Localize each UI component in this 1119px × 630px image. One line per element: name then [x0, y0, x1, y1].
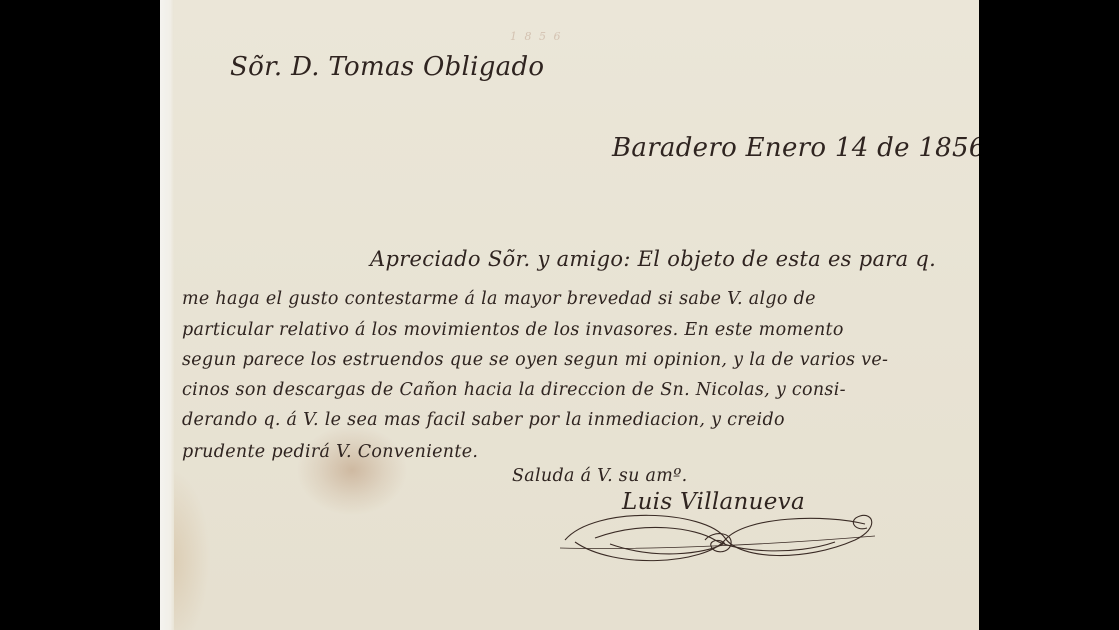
salutation: Sõr. D. Tomas Obligado — [230, 52, 544, 82]
body-line: particular relativo á los movimientos de… — [182, 320, 844, 340]
body-line: derando q. á V. le sea mas facil saber p… — [182, 410, 785, 430]
page-edge — [160, 0, 174, 630]
body-line: cinos son descargas de Cañon hacia la di… — [182, 380, 846, 400]
body-line: prudente pedirá V. Conveniente. — [182, 442, 478, 462]
signature-flourish-icon — [555, 500, 885, 570]
dateline: Baradero Enero 14 de 1856. — [612, 133, 979, 163]
letter-page: 1 8 5 6 Sõr. D. Tomas Obligado Baradero … — [160, 0, 979, 630]
body-line: me haga el gusto contestarme á la mayor … — [182, 289, 816, 309]
body-line: segun parece los estruendos que se oyen … — [182, 350, 888, 370]
document-viewer: 1 8 5 6 Sõr. D. Tomas Obligado Baradero … — [0, 0, 1119, 630]
pencil-note: 1 8 5 6 — [510, 30, 562, 43]
body-line: Apreciado Sõr. y amigo: El objeto de est… — [370, 247, 936, 271]
closing: Saluda á V. su amº. — [512, 466, 688, 486]
